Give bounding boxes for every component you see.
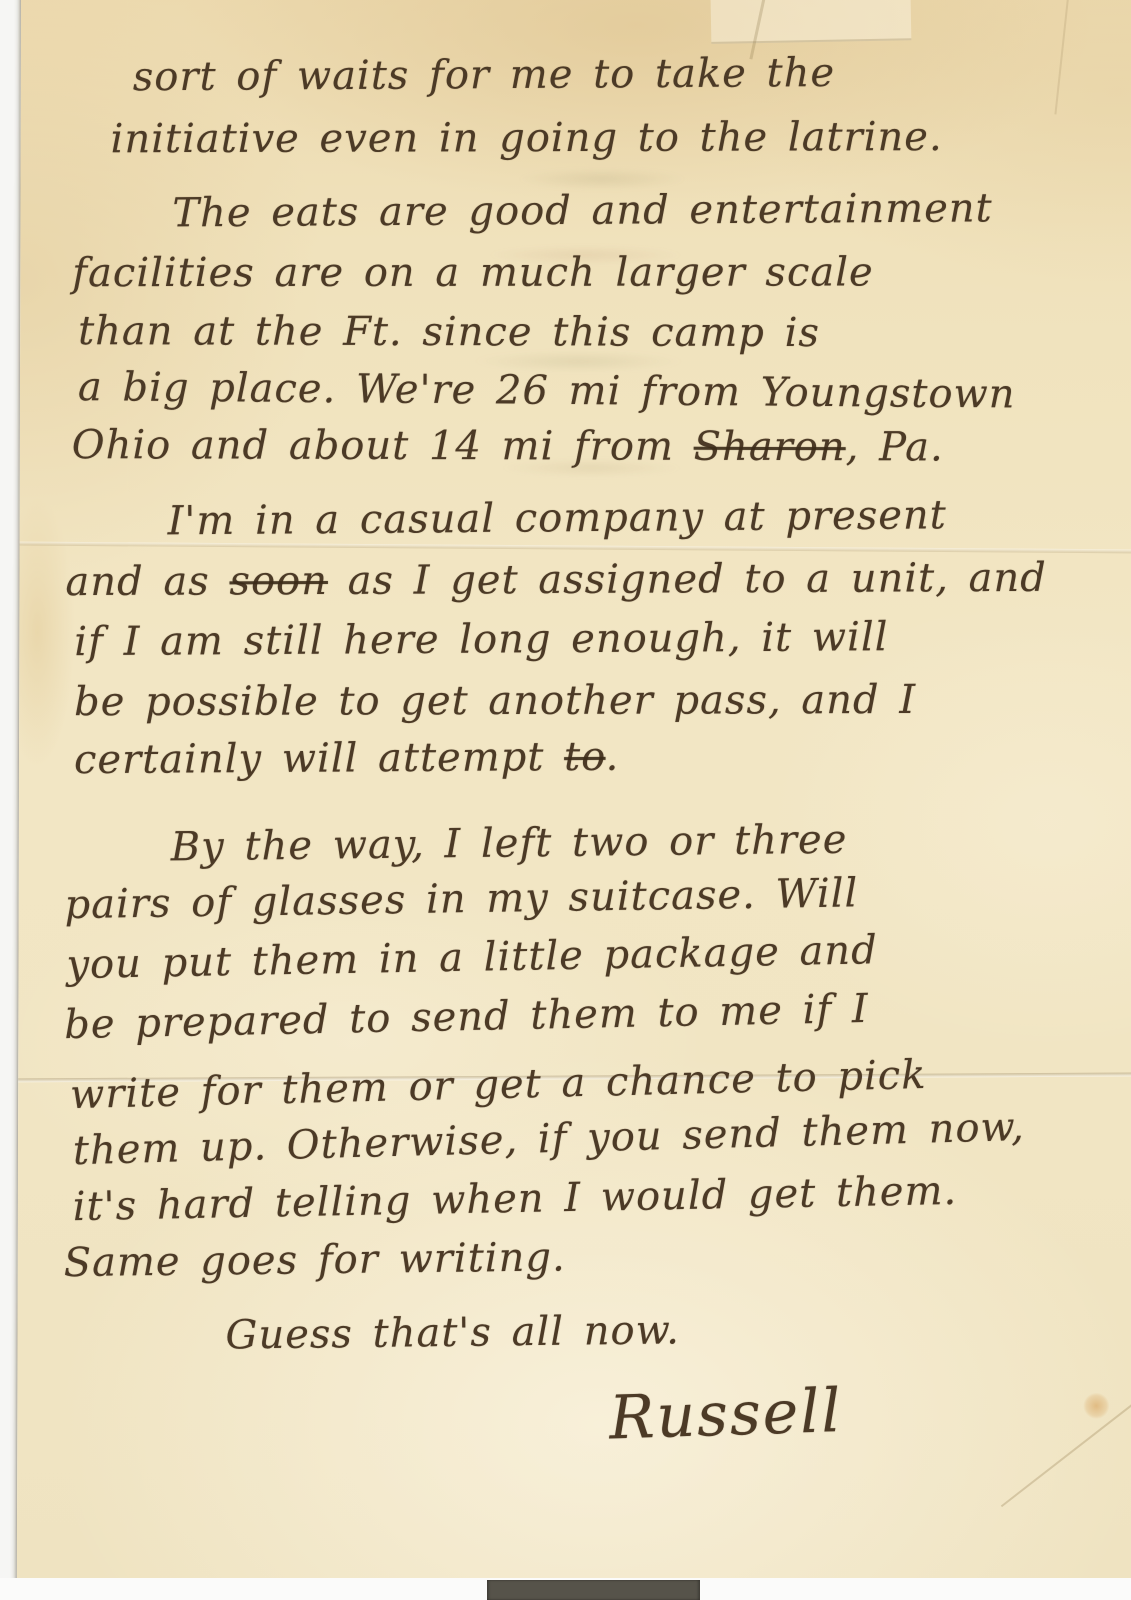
line-text: Ohio and about 14 mi from bbox=[72, 422, 694, 470]
line-text: a big place. We're 26 mi from Youngstown bbox=[78, 364, 1016, 417]
line-text: initiative even in going to the latrine. bbox=[111, 114, 943, 162]
line-text: Guess that's all now. bbox=[225, 1307, 680, 1358]
letter-line: pairs of glasses in my suitcase. Will bbox=[64, 870, 858, 928]
line-text: facilities are on a much larger scale bbox=[72, 249, 873, 296]
line-text: be prepared to send them to me if I bbox=[64, 986, 869, 1048]
letter-line: I'm in a casual company at present bbox=[167, 492, 947, 544]
letter-line: a big place. We're 26 mi from Youngstown bbox=[78, 364, 1016, 417]
letter-line: facilities are on a much larger scale bbox=[72, 249, 873, 296]
line-text: write for them or get a chance to pick bbox=[70, 1052, 927, 1118]
letter-line: Guess that's all now. bbox=[225, 1307, 680, 1358]
tape-mark bbox=[711, 0, 912, 44]
scanned-letter-page: sort of waits for me to take the initiat… bbox=[0, 0, 1131, 1600]
letter-line: and as soon as I get assigned to a unit,… bbox=[65, 555, 1047, 605]
letter-line: write for them or get a chance to pick bbox=[70, 1052, 927, 1118]
line-text: . bbox=[605, 734, 619, 780]
line-text: certainly will attempt bbox=[74, 734, 564, 783]
mount-tab bbox=[487, 1580, 700, 1600]
line-text: pairs of glasses in my suitcase. Will bbox=[64, 870, 858, 928]
letter-line: sort of waits for me to take the bbox=[133, 50, 836, 100]
struck-word: to bbox=[564, 734, 606, 780]
letter-line: Ohio and about 14 mi from Sharon, Pa. bbox=[72, 422, 944, 470]
letter-line: it's hard telling when I would get them. bbox=[72, 1168, 957, 1230]
line-text: if I am still here long enough, it will bbox=[74, 614, 888, 665]
line-text: be possible to get another pass, and I bbox=[74, 677, 916, 725]
letter-line: be possible to get another pass, and I bbox=[74, 677, 916, 725]
letter-line: By the way, I left two or three bbox=[171, 817, 848, 871]
top-right-crease bbox=[1054, 0, 1069, 114]
letter-line: certainly will attempt to. bbox=[74, 734, 620, 783]
line-text: it's hard telling when I would get them. bbox=[72, 1168, 957, 1230]
letter-line: initiative even in going to the latrine. bbox=[111, 114, 943, 162]
struck-word: soon bbox=[229, 558, 328, 604]
line-text: you put them in a little package and bbox=[66, 927, 878, 988]
line-text: I'm in a casual company at present bbox=[167, 492, 947, 544]
line-text: Same goes for writing. bbox=[63, 1234, 565, 1286]
line-text: than at the Ft. since this camp is bbox=[78, 308, 820, 356]
letter-paper: sort of waits for me to take the initiat… bbox=[17, 0, 1131, 1585]
line-text: , Pa. bbox=[846, 424, 944, 470]
letter-line: be prepared to send them to me if I bbox=[64, 986, 869, 1048]
bottom-right-crease bbox=[1001, 1364, 1131, 1507]
letter-line: if I am still here long enough, it will bbox=[74, 614, 888, 665]
letter-line: than at the Ft. since this camp is bbox=[78, 308, 820, 356]
line-text: The eats are good and entertainment bbox=[172, 185, 993, 236]
letter-line: you put them in a little package and bbox=[66, 927, 878, 988]
letter-line: Same goes for writing. bbox=[63, 1234, 565, 1286]
signature: Russell bbox=[608, 1376, 843, 1453]
stain bbox=[1083, 1393, 1109, 1419]
letter-line: The eats are good and entertainment bbox=[172, 185, 993, 236]
struck-word: Sharon bbox=[694, 424, 846, 470]
line-text: as I get assigned to a unit, and bbox=[328, 555, 1047, 604]
line-text: sort of waits for me to take the bbox=[133, 50, 836, 100]
line-text: and as bbox=[65, 558, 229, 605]
line-text: By the way, I left two or three bbox=[171, 817, 848, 871]
